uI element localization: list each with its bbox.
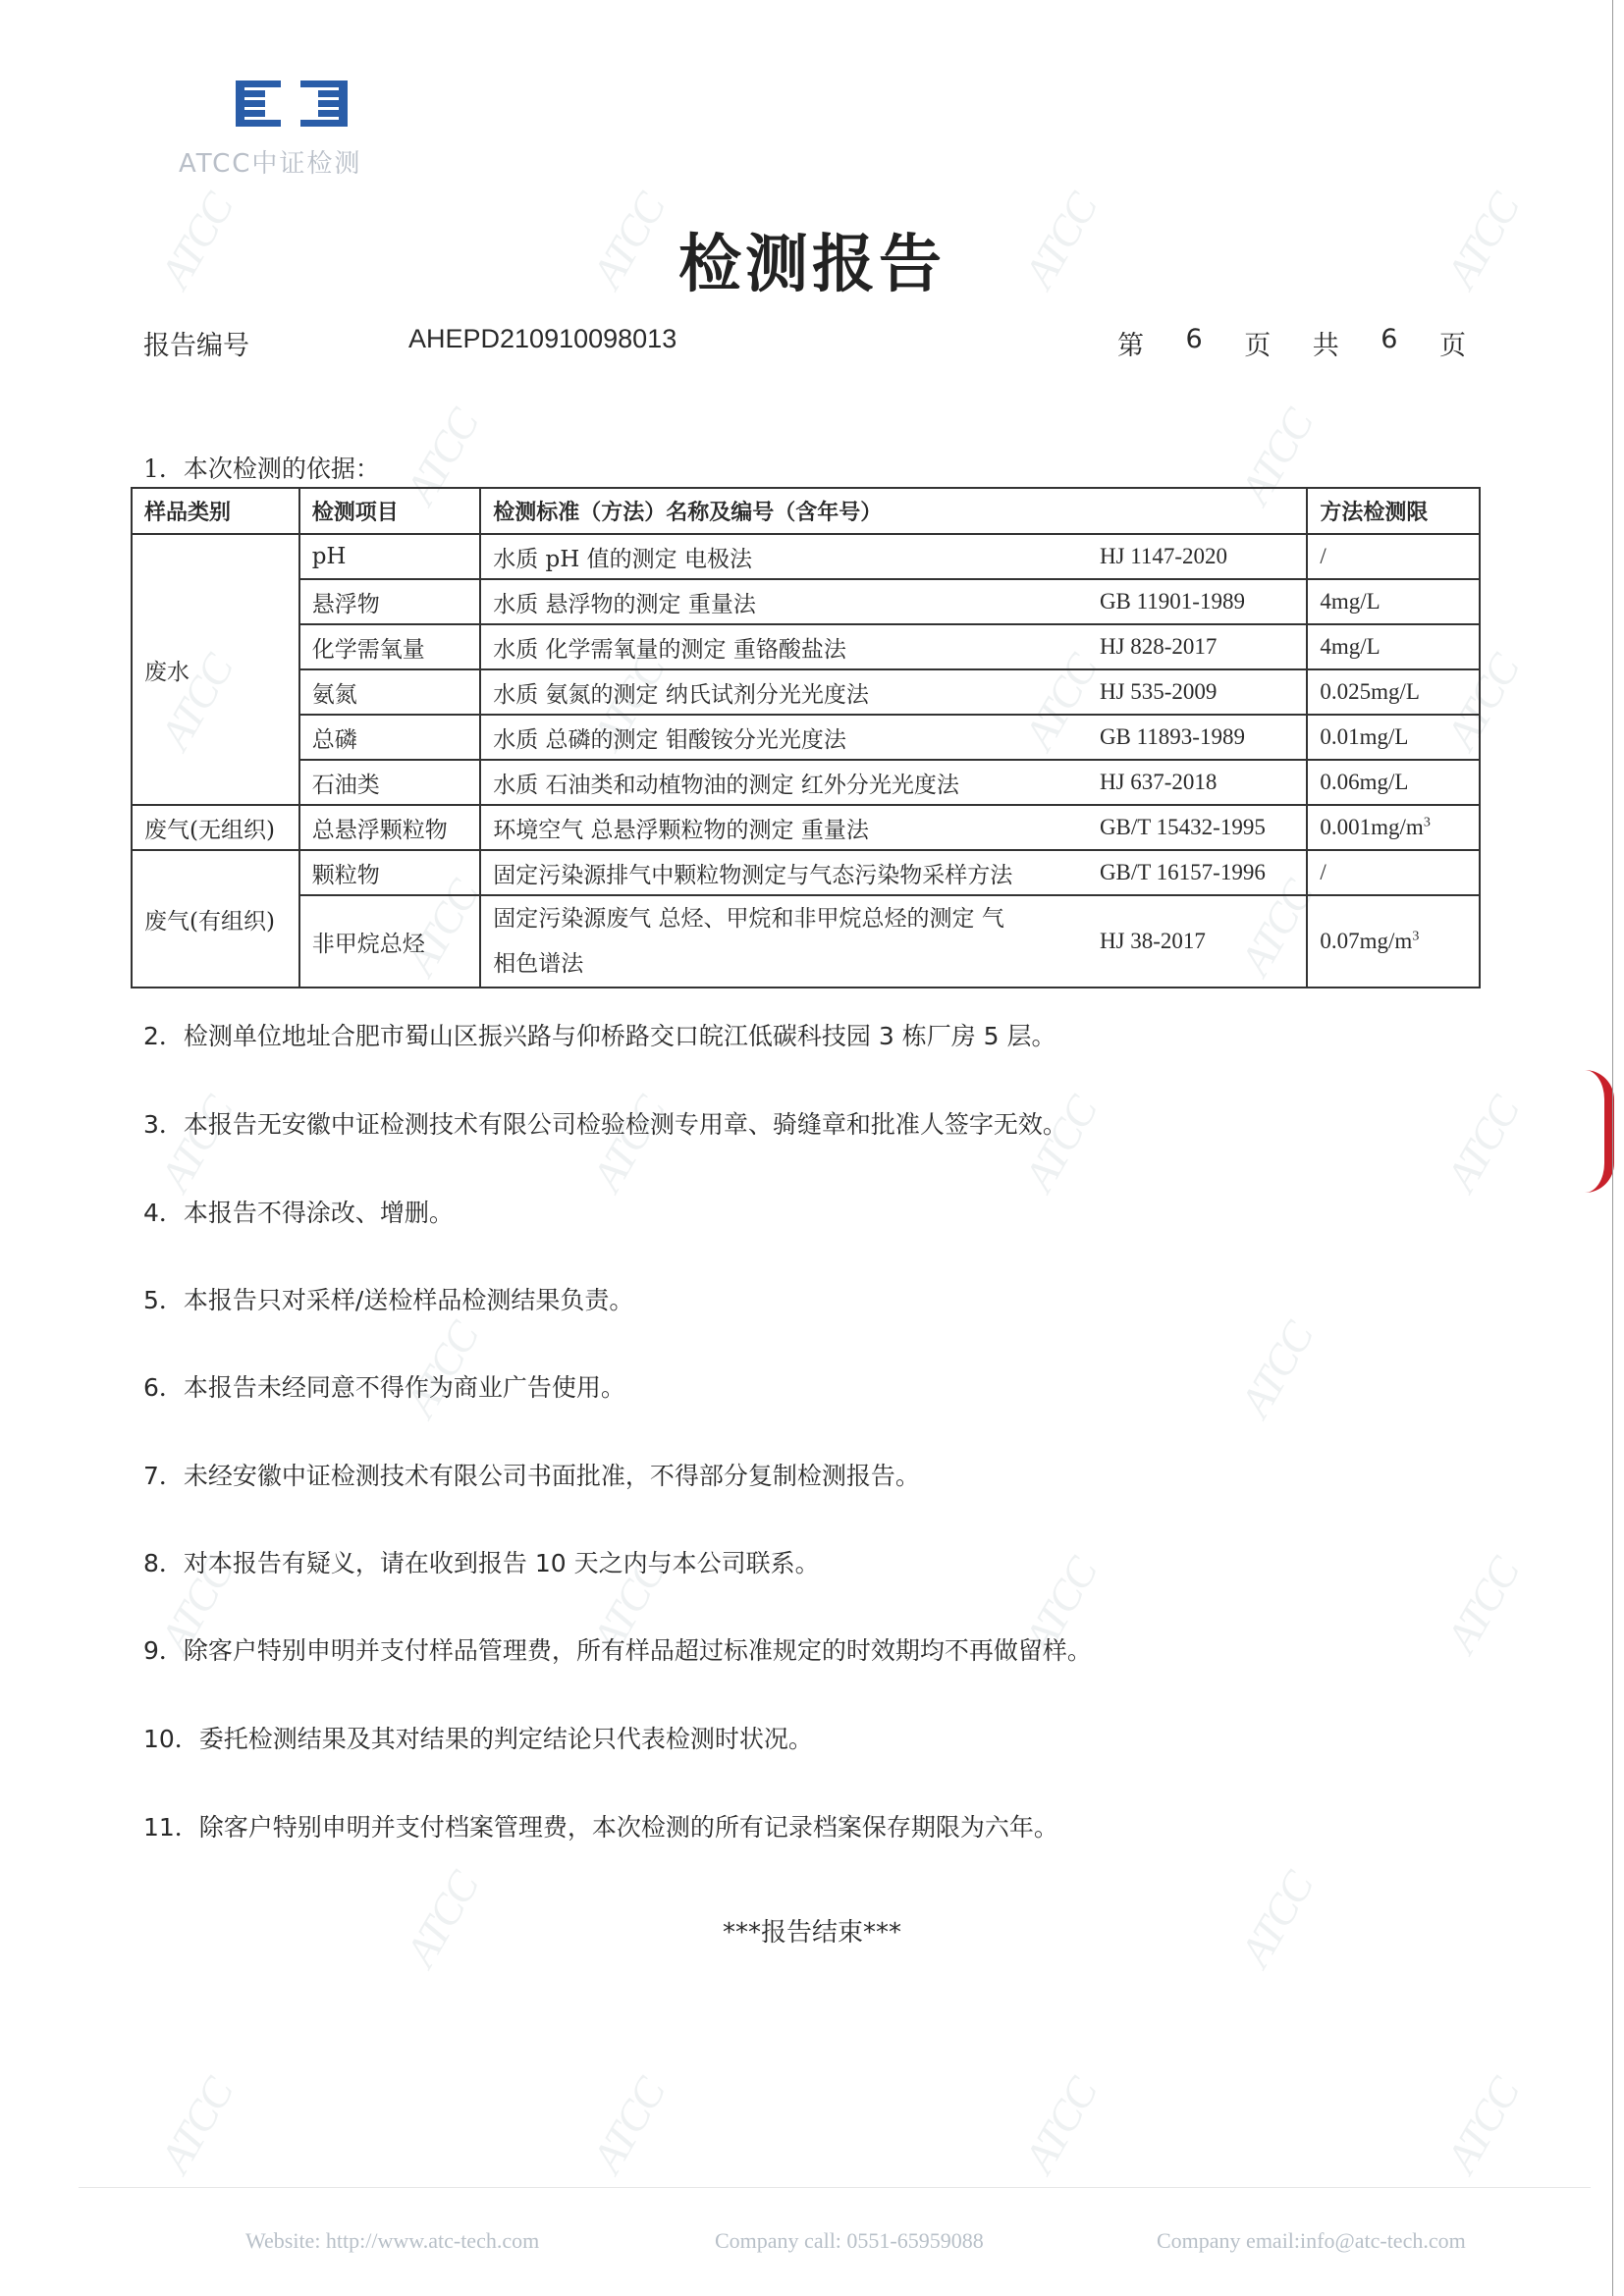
column-header: 方法检测限	[1307, 488, 1480, 534]
std-no-cell: HJ 828-2017	[1088, 624, 1307, 669]
watermark: ATCC	[150, 2070, 243, 2180]
limit-cell: 0.06mg/L	[1307, 760, 1480, 805]
footer-divider	[79, 2187, 1591, 2188]
table-row: 非甲烷总烃 固定污染源废气 总烃、甲烷和非甲烷总烃的测定 气 相色谱法 HJ 3…	[132, 895, 1480, 988]
table-row: 悬浮物 水质 悬浮物的测定 重量法 GB 11901-1989 4mg/L	[132, 579, 1480, 624]
table-row: 化学需氧量 水质 化学需氧量的测定 重铬酸盐法 HJ 828-2017 4mg/…	[132, 624, 1480, 669]
page-indicator: 第 6 页 共 6 页	[1117, 324, 1466, 362]
std-name-cell: 固定污染源废气 总烃、甲烷和非甲烷总烃的测定 气 相色谱法	[480, 895, 1088, 988]
watermark: ATCC	[1014, 2070, 1107, 2180]
note-item: 11．除客户特别申明并支付档案管理费，本次检测的所有记录档案保存期限为六年。	[143, 1808, 1058, 1843]
std-name-line: 固定污染源废气 总烃、甲烷和非甲烷总烃的测定 气	[493, 896, 1076, 941]
std-name-cell: 水质 悬浮物的测定 重量法	[480, 579, 1088, 624]
note-item: 9．除客户特别申明并支付样品管理费，所有样品超过标准规定的时效期均不再做留样。	[143, 1631, 1092, 1667]
watermark: ATCC	[1436, 1089, 1529, 1199]
item-cell: 颗粒物	[299, 850, 481, 895]
limit-cell: /	[1307, 850, 1480, 895]
std-no-cell: HJ 38-2017	[1088, 895, 1307, 988]
std-name-cell: 水质 石油类和动植物油的测定 红外分光光度法	[480, 760, 1088, 805]
page-title: 检测报告	[0, 214, 1624, 304]
report-number-label: 报告编号	[143, 324, 249, 362]
std-no-cell: GB 11893-1989	[1088, 715, 1307, 760]
report-number: AHEPD210910098013	[408, 324, 677, 354]
std-name-cell: 水质 pH 值的测定 电极法	[480, 534, 1088, 579]
item-cell: 悬浮物	[299, 579, 481, 624]
limit-cell: 0.001mg/m3	[1307, 805, 1480, 850]
pager-current-page: 6	[1186, 324, 1203, 362]
logo-text: ATCC中证检测	[179, 143, 361, 180]
pager-gong: 共	[1313, 324, 1339, 362]
std-no-cell: GB 11901-1989	[1088, 579, 1307, 624]
limit-unit-exponent: 3	[1424, 815, 1431, 829]
table-row: 废气(无组织) 总悬浮颗粒物 环境空气 总悬浮颗粒物的测定 重量法 GB/T 1…	[132, 805, 1480, 850]
category-cell: 废水	[132, 534, 299, 805]
company-logo-icon	[236, 80, 353, 133]
note-item: 8．对本报告有疑义，请在收到报告 10 天之内与本公司联系。	[143, 1544, 820, 1579]
category-cell: 废气(无组织)	[132, 805, 299, 850]
limit-value: 0.07mg/m	[1320, 929, 1412, 953]
note-item: 5．本报告只对采样/送检样品检测结果负责。	[143, 1281, 633, 1316]
std-no-cell: HJ 1147-2020	[1088, 534, 1307, 579]
column-header: 样品类别	[132, 488, 299, 534]
std-name-cell: 水质 总磷的测定 钼酸铵分光光度法	[480, 715, 1088, 760]
pager-ye: 页	[1439, 324, 1466, 362]
watermark: ATCC	[1230, 1314, 1323, 1424]
std-name-line: 相色谱法	[493, 941, 1076, 987]
table-row: 氨氮 水质 氨氮的测定 纳氏试剂分光光度法 HJ 535-2009 0.025m…	[132, 669, 1480, 715]
column-header-spacer	[1088, 488, 1307, 534]
item-cell: 非甲烷总烃	[299, 895, 481, 988]
note-item: 10．委托检测结果及其对结果的判定结论只代表检测时状况。	[143, 1720, 813, 1755]
pager-total-pages: 6	[1380, 324, 1397, 362]
item-cell: 石油类	[299, 760, 481, 805]
table-row: 总磷 水质 总磷的测定 钼酸铵分光光度法 GB 11893-1989 0.01m…	[132, 715, 1480, 760]
std-no-cell: GB/T 15432-1995	[1088, 805, 1307, 850]
std-name-cell: 环境空气 总悬浮颗粒物的测定 重量法	[480, 805, 1088, 850]
std-name-cell: 水质 氨氮的测定 纳氏试剂分光光度法	[480, 669, 1088, 715]
test-basis-table: 样品类别 检测项目 检测标准（方法）名称及编号（含年号） 方法检测限 废水 pH…	[131, 487, 1481, 988]
table-header-row: 样品类别 检测项目 检测标准（方法）名称及编号（含年号） 方法检测限	[132, 488, 1480, 534]
table-row: 废气(有组织) 颗粒物 固定污染源排气中颗粒物测定与气态污染物采样方法 GB/T…	[132, 850, 1480, 895]
limit-cell: 0.025mg/L	[1307, 669, 1480, 715]
note-item: 2．检测单位地址合肥市蜀山区振兴路与仰桥路交口皖江低碳科技园 3 栋厂房 5 层…	[143, 1017, 1056, 1052]
item-cell: 总悬浮颗粒物	[299, 805, 481, 850]
std-name-cell: 固定污染源排气中颗粒物测定与气态污染物采样方法	[480, 850, 1088, 895]
footer-email: Company email:info@atc-tech.com	[1157, 2228, 1466, 2254]
table-row: 石油类 水质 石油类和动植物油的测定 红外分光光度法 HJ 637-2018 0…	[132, 760, 1480, 805]
limit-cell: /	[1307, 534, 1480, 579]
limit-unit-exponent: 3	[1412, 929, 1419, 943]
footer-website: Website: http://www.atc-tech.com	[245, 2228, 539, 2254]
section-heading: 1．本次检测的依据：	[143, 450, 380, 485]
item-cell: 总磷	[299, 715, 481, 760]
perforation-seal-icon	[1585, 1070, 1614, 1193]
column-header: 检测标准（方法）名称及编号（含年号）	[480, 488, 1088, 534]
limit-cell: 0.07mg/m3	[1307, 895, 1480, 988]
item-cell: 化学需氧量	[299, 624, 481, 669]
watermark: ATCC	[1436, 1550, 1529, 1660]
pager-ye: 页	[1244, 324, 1271, 362]
note-item: 7．未经安徽中证检测技术有限公司书面批准，不得部分复制检测报告。	[143, 1457, 920, 1492]
std-name-cell: 水质 化学需氧量的测定 重铬酸盐法	[480, 624, 1088, 669]
item-cell: 氨氮	[299, 669, 481, 715]
limit-cell: 0.01mg/L	[1307, 715, 1480, 760]
category-cell: 废气(有组织)	[132, 850, 299, 988]
note-item: 6．本报告未经同意不得作为商业广告使用。	[143, 1368, 625, 1404]
report-end-marker: ***报告结束***	[0, 1912, 1624, 1949]
table-row: 废水 pH 水质 pH 值的测定 电极法 HJ 1147-2020 /	[132, 534, 1480, 579]
column-header: 检测项目	[299, 488, 481, 534]
note-item: 3．本报告无安徽中证检测技术有限公司检验检测专用章、骑缝章和批准人签字无效。	[143, 1105, 1067, 1141]
note-item: 4．本报告不得涂改、增删。	[143, 1194, 454, 1229]
limit-cell: 4mg/L	[1307, 624, 1480, 669]
pager-di: 第	[1117, 324, 1144, 362]
item-cell: pH	[299, 534, 481, 579]
watermark: ATCC	[582, 2070, 675, 2180]
footer-phone: Company call: 0551-65959088	[715, 2228, 984, 2254]
std-no-cell: HJ 535-2009	[1088, 669, 1307, 715]
page-edge-divider	[1612, 0, 1613, 2296]
limit-cell: 4mg/L	[1307, 579, 1480, 624]
std-no-cell: HJ 637-2018	[1088, 760, 1307, 805]
std-no-cell: GB/T 16157-1996	[1088, 850, 1307, 895]
limit-value: 0.001mg/m	[1320, 815, 1423, 839]
watermark: ATCC	[1436, 2070, 1529, 2180]
